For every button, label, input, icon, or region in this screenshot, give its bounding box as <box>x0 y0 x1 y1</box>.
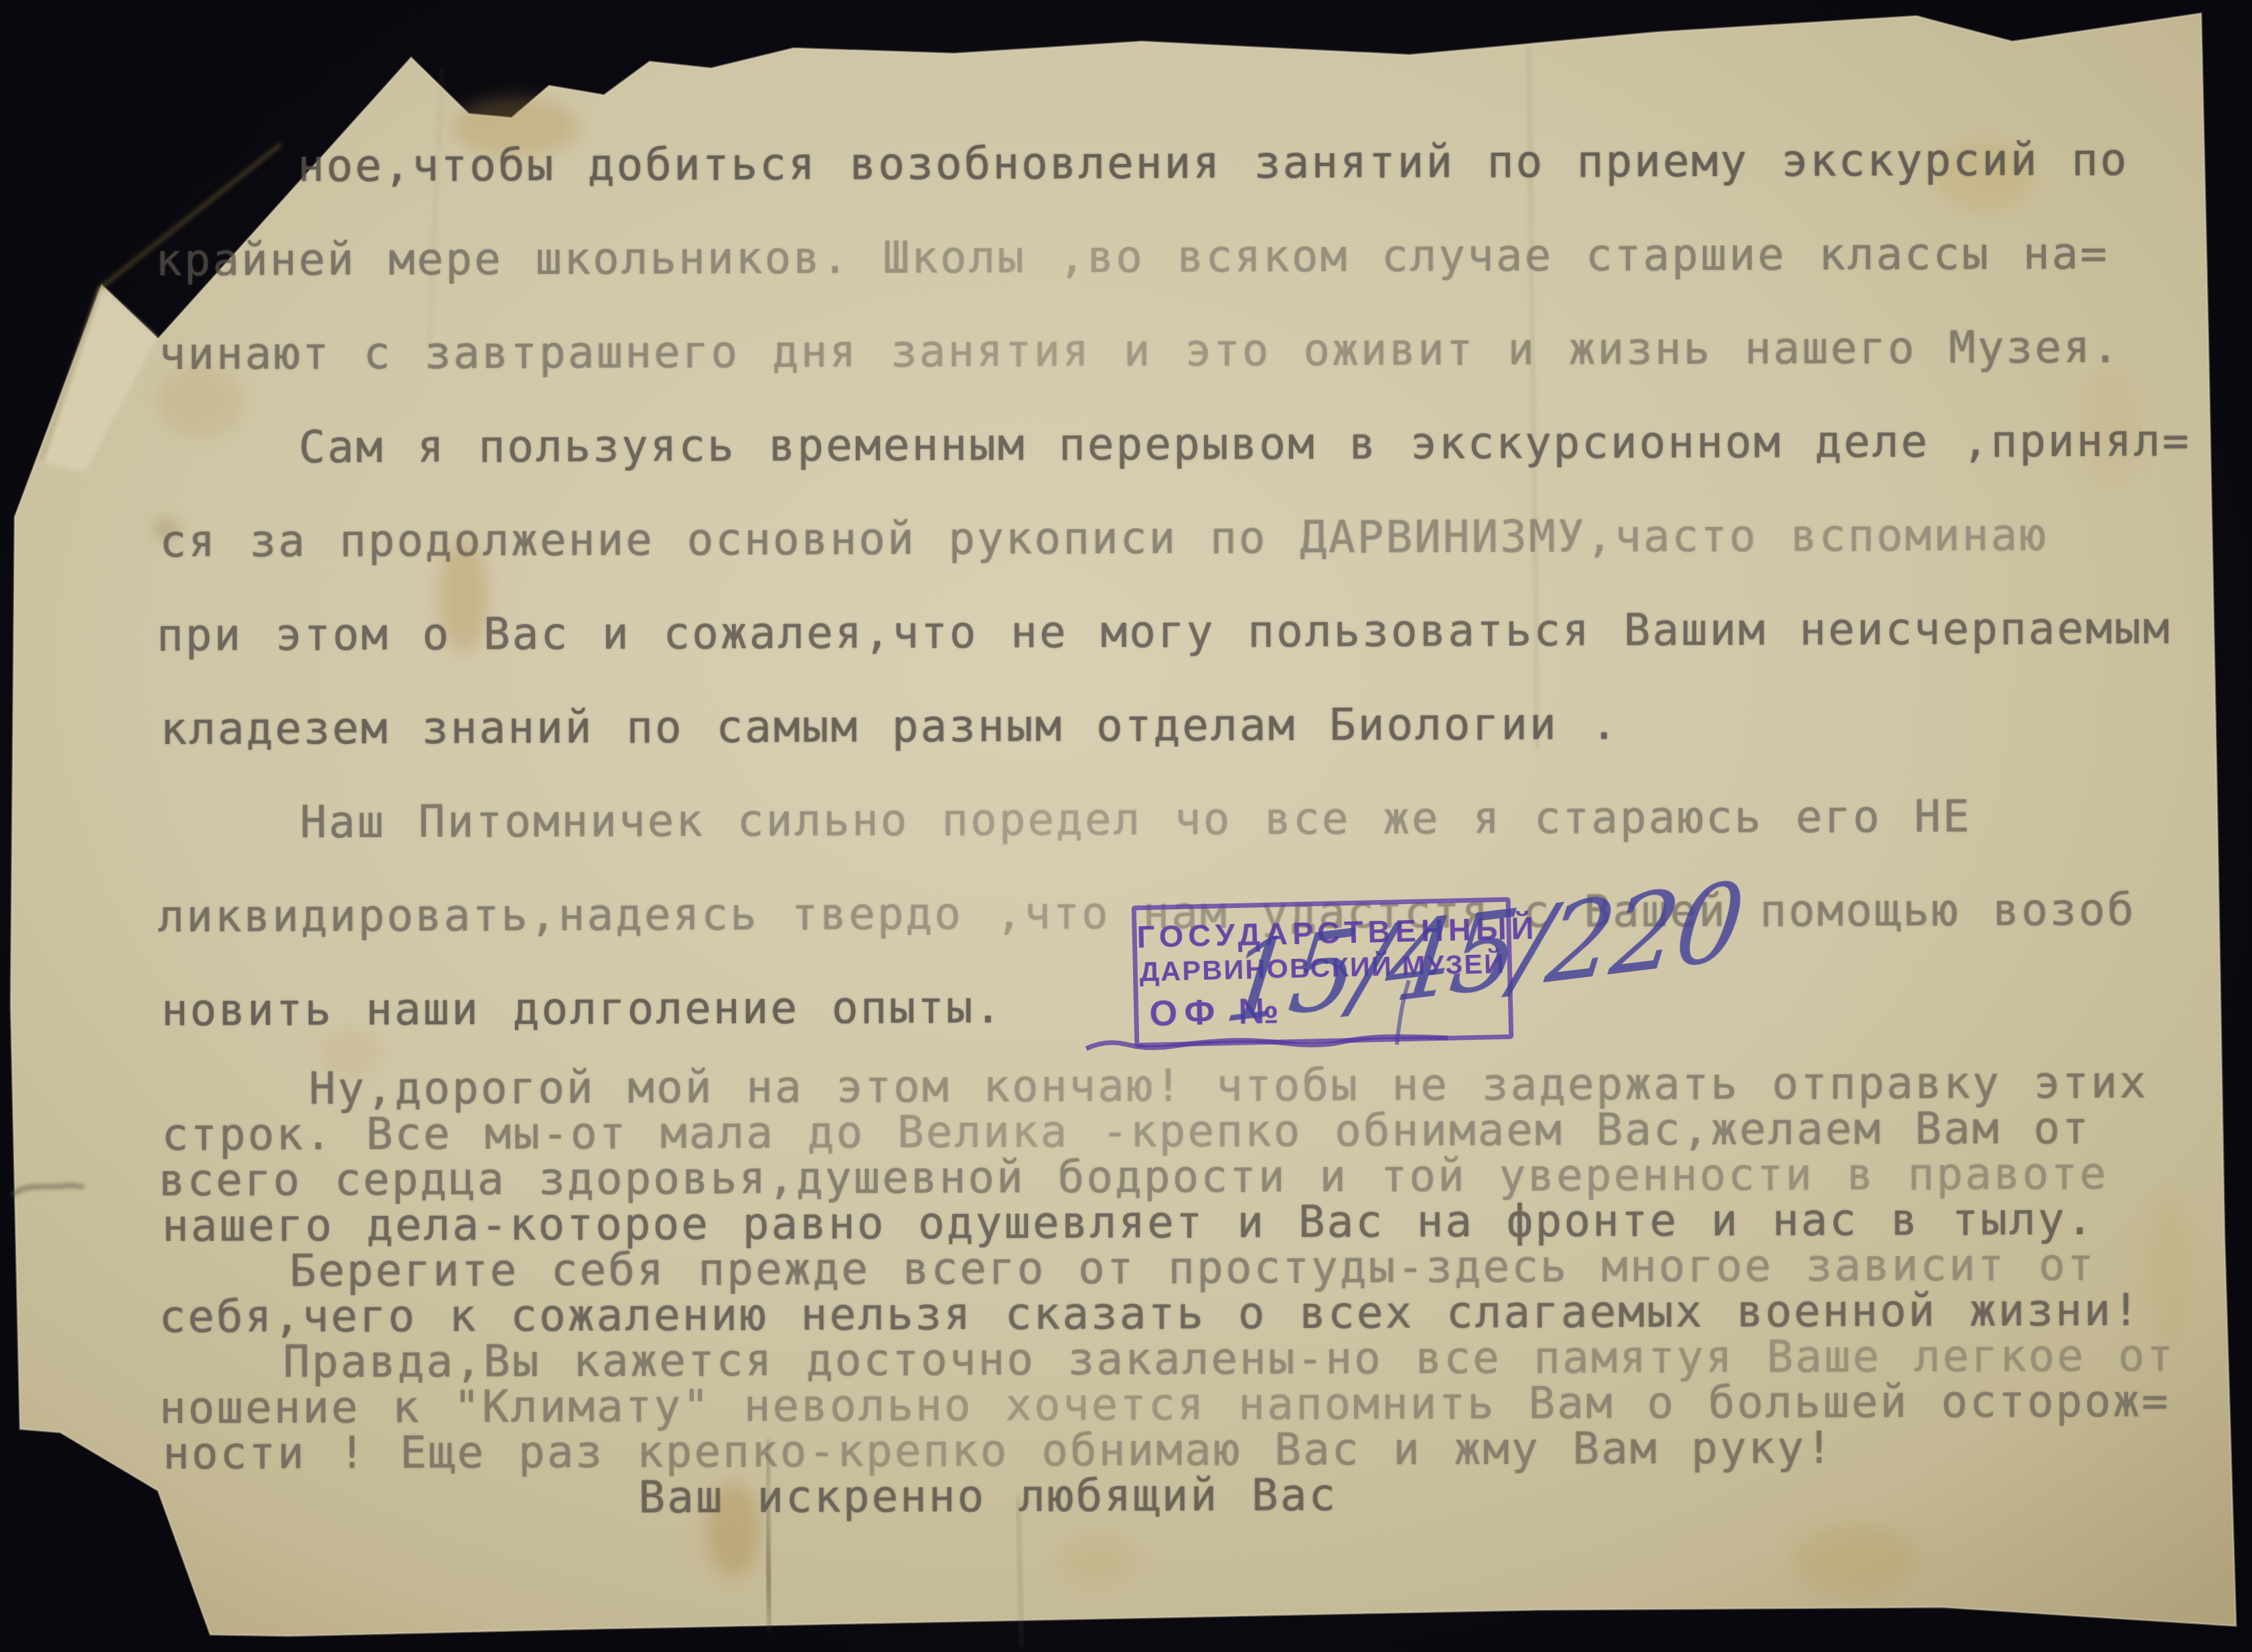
photo-scene: ное,чтобы добиться возобновления занятий… <box>0 0 2252 1652</box>
ink-squiggle <box>0 0 2252 1652</box>
